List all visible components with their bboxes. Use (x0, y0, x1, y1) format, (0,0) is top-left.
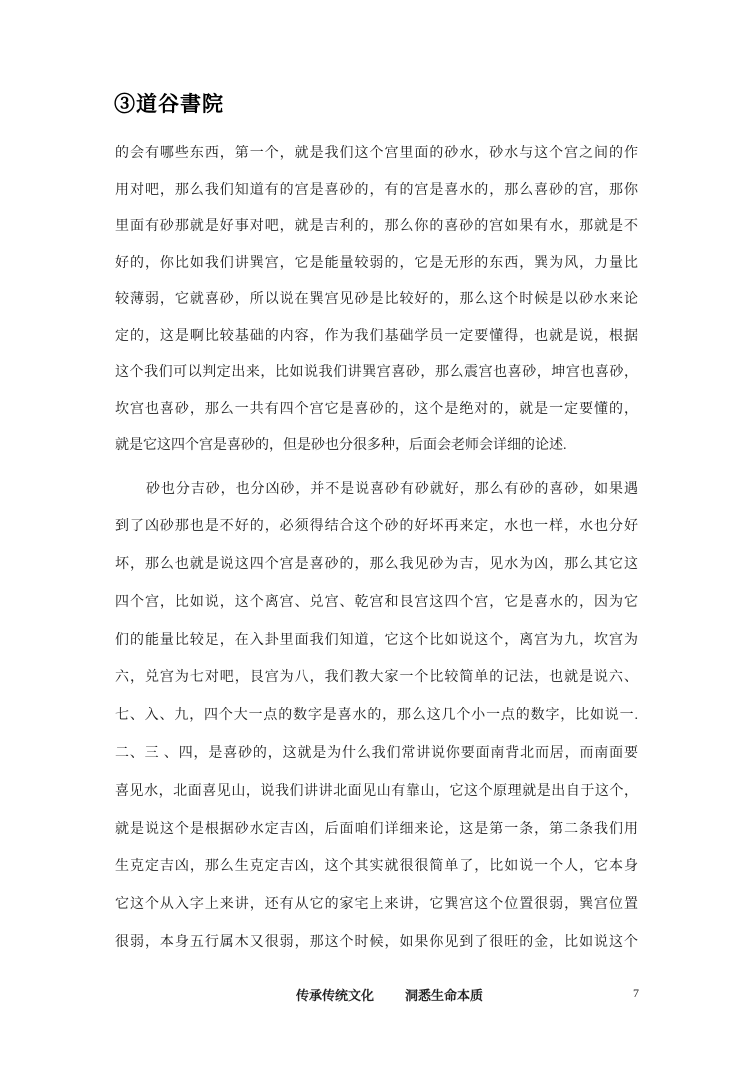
document-page: ③道谷書院 的会有哪些东西，第一个，就是我们这个宫里面的砂水，砂水与这个宫之间的… (0, 0, 750, 1086)
text-line: 里面有砂那就是好事对吧，就是吉利的，那么你的喜砂的宫如果有水，那就是不 (115, 209, 638, 246)
text-line: 很弱，本身五行属木又很弱，那这个时候，如果你见到了很旺的金，比如说这个 (115, 924, 638, 962)
paragraph-1: 的会有哪些东西，第一个，就是我们这个宫里面的砂水，砂水与这个宫之间的作 用对吧，… (115, 136, 638, 465)
text-line: 到了凶砂那也是不好的，必须得结合这个砂的好坏再来定，水也一样，水也分好 (115, 508, 638, 546)
page-footer: 传承传统文化 洞悉生命本质 (296, 985, 483, 1004)
text-line: 喜见水，北面喜见山，说我们讲讲北面见山有靠山，它这个原理就是出自于这个， (115, 773, 638, 811)
text-line: 坏，那么也就是说这四个宫是喜砂的，那么我见砂为吉，见水为凶，那么其它这 (115, 546, 638, 584)
text-line: 好的，你比如我们讲巽宫，它是能量较弱的，它是无形的东西，巽为风，力量比 (115, 246, 638, 283)
section-heading: ③道谷書院 (114, 88, 224, 118)
text-line: 这个我们可以判定出来，比如说我们讲巽宫喜砂，那么震宫也喜砂，坤宫也喜砂， (115, 355, 638, 392)
text-line: 坎宫也喜砂，那么一共有四个宫它是喜砂的，这个是绝对的，就是一定要懂的， (115, 392, 638, 429)
footer-motto-left: 传承传统文化 (296, 985, 374, 1004)
text-line: 生克定吉凶，那么生克定吉凶，这个其实就很很简单了，比如说一个人，它本身 (115, 848, 638, 886)
text-line: 二、三 、四，是喜砂的，这就是为什么我们常讲说你要面南背北而居，而南面要 (115, 735, 638, 773)
text-line: 较薄弱，它就喜砂，所以说在巽宫见砂是比较好的，那么这个时候是以砂水来论 (115, 282, 638, 319)
text-line: 它这个从入字上来讲，还有从它的家宅上来讲，它巽宫这个位置很弱，巽宫位置 (115, 886, 638, 924)
text-line: 就是说这个是根据砂水定吉凶，后面咱们详细来论，这是第一条，第二条我们用 (115, 811, 638, 849)
text-line: 四个宫，比如说，这个离宫、兑宫、乾宫和艮宫这四个宫，它是喜水的，因为它 (115, 584, 638, 622)
text-line: 六，兑宫为七对吧，艮宫为八，我们教大家一个比较简单的记法，也就是说六、 (115, 659, 638, 697)
paragraph-2: 砂也分吉砂，也分凶砂，并不是说喜砂有砂就好，那么有砂的喜砂，如果遇 到了凶砂那也… (115, 471, 638, 962)
text-line: 们的能量比较足，在入卦里面我们知道，它这个比如说这个，离宫为九，坎宫为 (115, 622, 638, 660)
text-line: 用对吧，那么我们知道有的宫是喜砂的，有的宫是喜水的，那么喜砂的宫，那你 (115, 173, 638, 210)
page-number: 7 (633, 986, 639, 1001)
text-line: 定的，这是啊比较基础的内容，作为我们基础学员一定要懂得，也就是说，根据 (115, 319, 638, 356)
footer-motto-right: 洞悉生命本质 (405, 985, 483, 1004)
text-line: 就是它这四个宫是喜砂的，但是砂也分很多种，后面会老师会详细的论述. (115, 428, 638, 465)
text-line: 七、入、九，四个大一点的数字是喜水的，那么这几个小一点的数字，比如说一. (115, 697, 638, 735)
text-line: 砂也分吉砂，也分凶砂，并不是说喜砂有砂就好，那么有砂的喜砂，如果遇 (115, 471, 638, 509)
text-line: 的会有哪些东西，第一个，就是我们这个宫里面的砂水，砂水与这个宫之间的作 (115, 136, 638, 173)
body-text: 的会有哪些东西，第一个，就是我们这个宫里面的砂水，砂水与这个宫之间的作 用对吧，… (115, 136, 638, 962)
